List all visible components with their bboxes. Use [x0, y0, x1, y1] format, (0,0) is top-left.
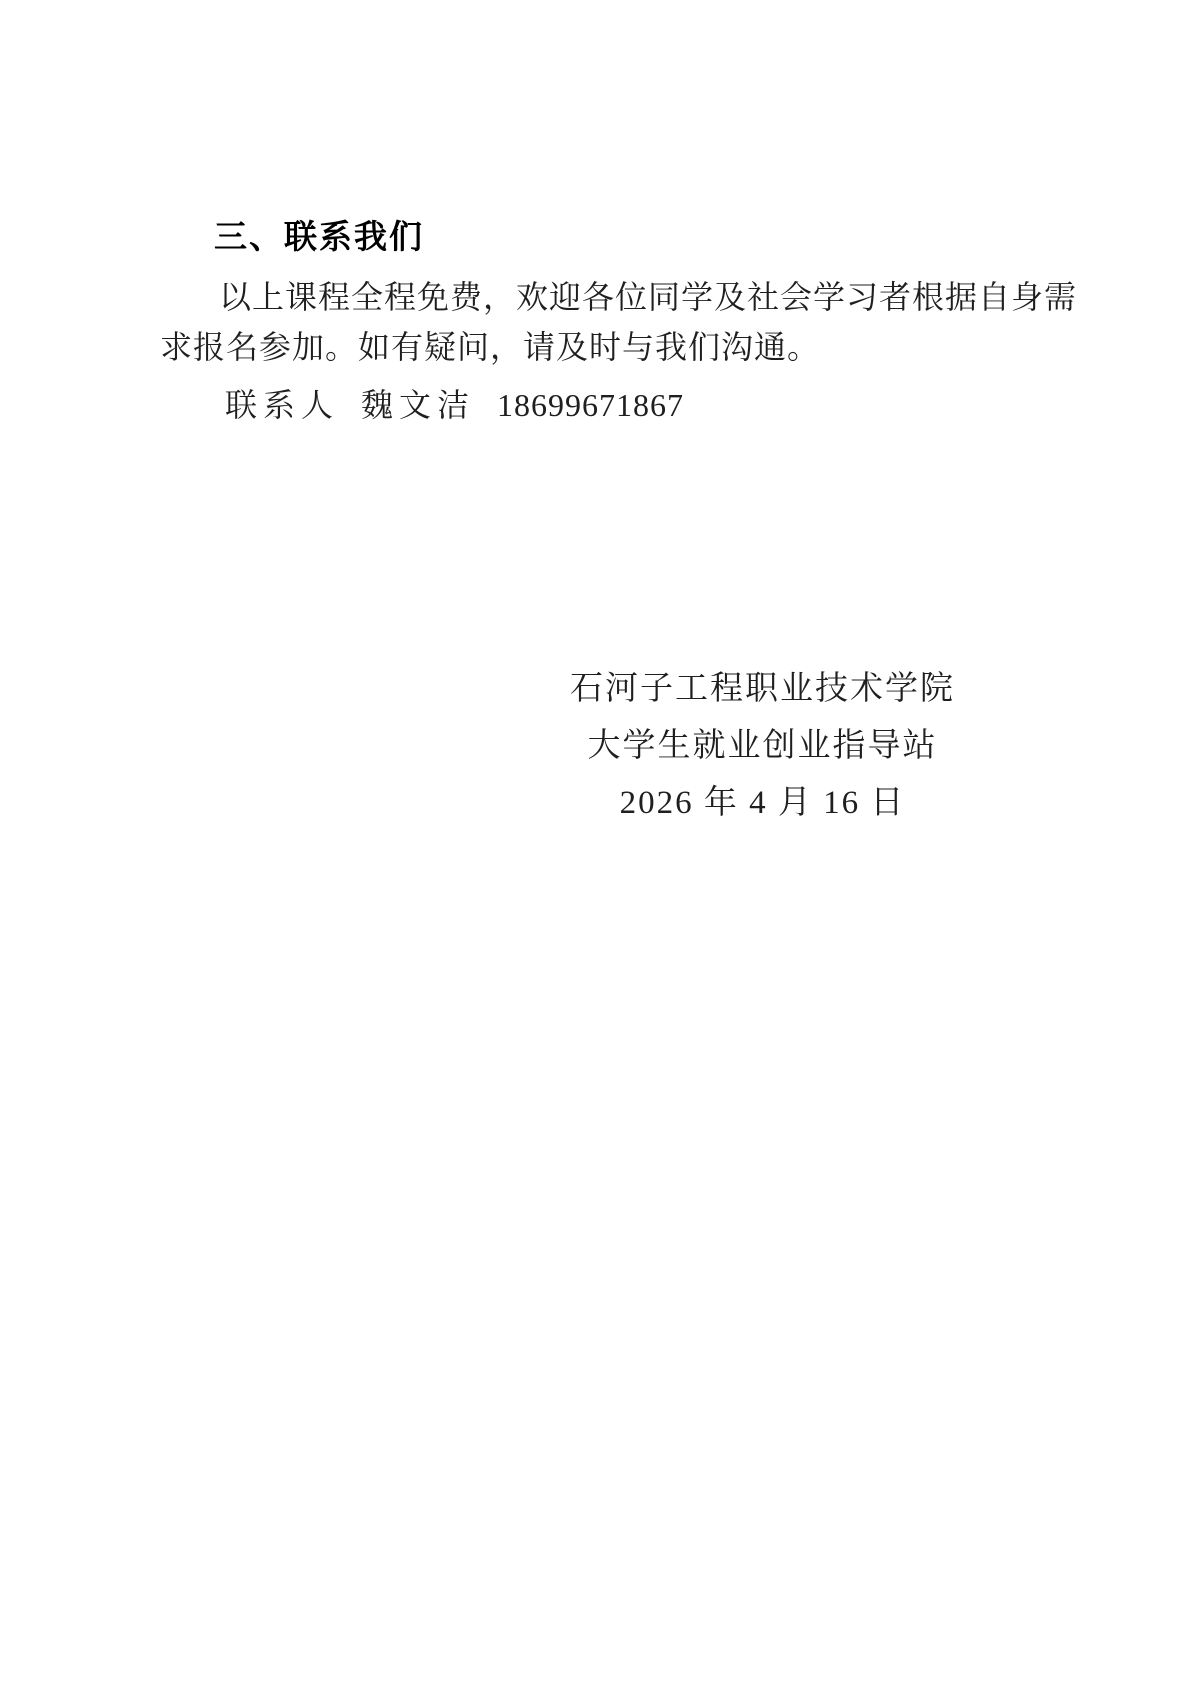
paragraph-line-1: 以上课程全程免费，欢迎各位同学及社会学习者根据自身需 [219, 278, 1077, 316]
contact-phone: 18699671867 [497, 387, 684, 423]
contact-name: 魏文洁 [361, 387, 475, 423]
signature-org-line-2: 大学生就业创业指导站 [450, 729, 1075, 763]
signature-org-line-1: 石河子工程职业技术学院 [450, 672, 1075, 706]
section-heading: 三、联系我们 [214, 218, 424, 256]
signature-date: 2026 年 4 月 16 日 [450, 786, 1075, 820]
paragraph-line-2: 求报名参加。如有疑问，请及时与我们沟通。 [160, 328, 820, 366]
signature-block: 石河子工程职业技术学院 大学生就业创业指导站 2026 年 4 月 16 日 [450, 672, 1075, 843]
contact-line: 联系人 魏文洁 18699671867 [225, 386, 684, 424]
contact-label: 联系人 [225, 387, 339, 423]
document-page: 三、联系我们 以上课程全程免费，欢迎各位同学及社会学习者根据自身需 求报名参加。… [0, 0, 1191, 1684]
